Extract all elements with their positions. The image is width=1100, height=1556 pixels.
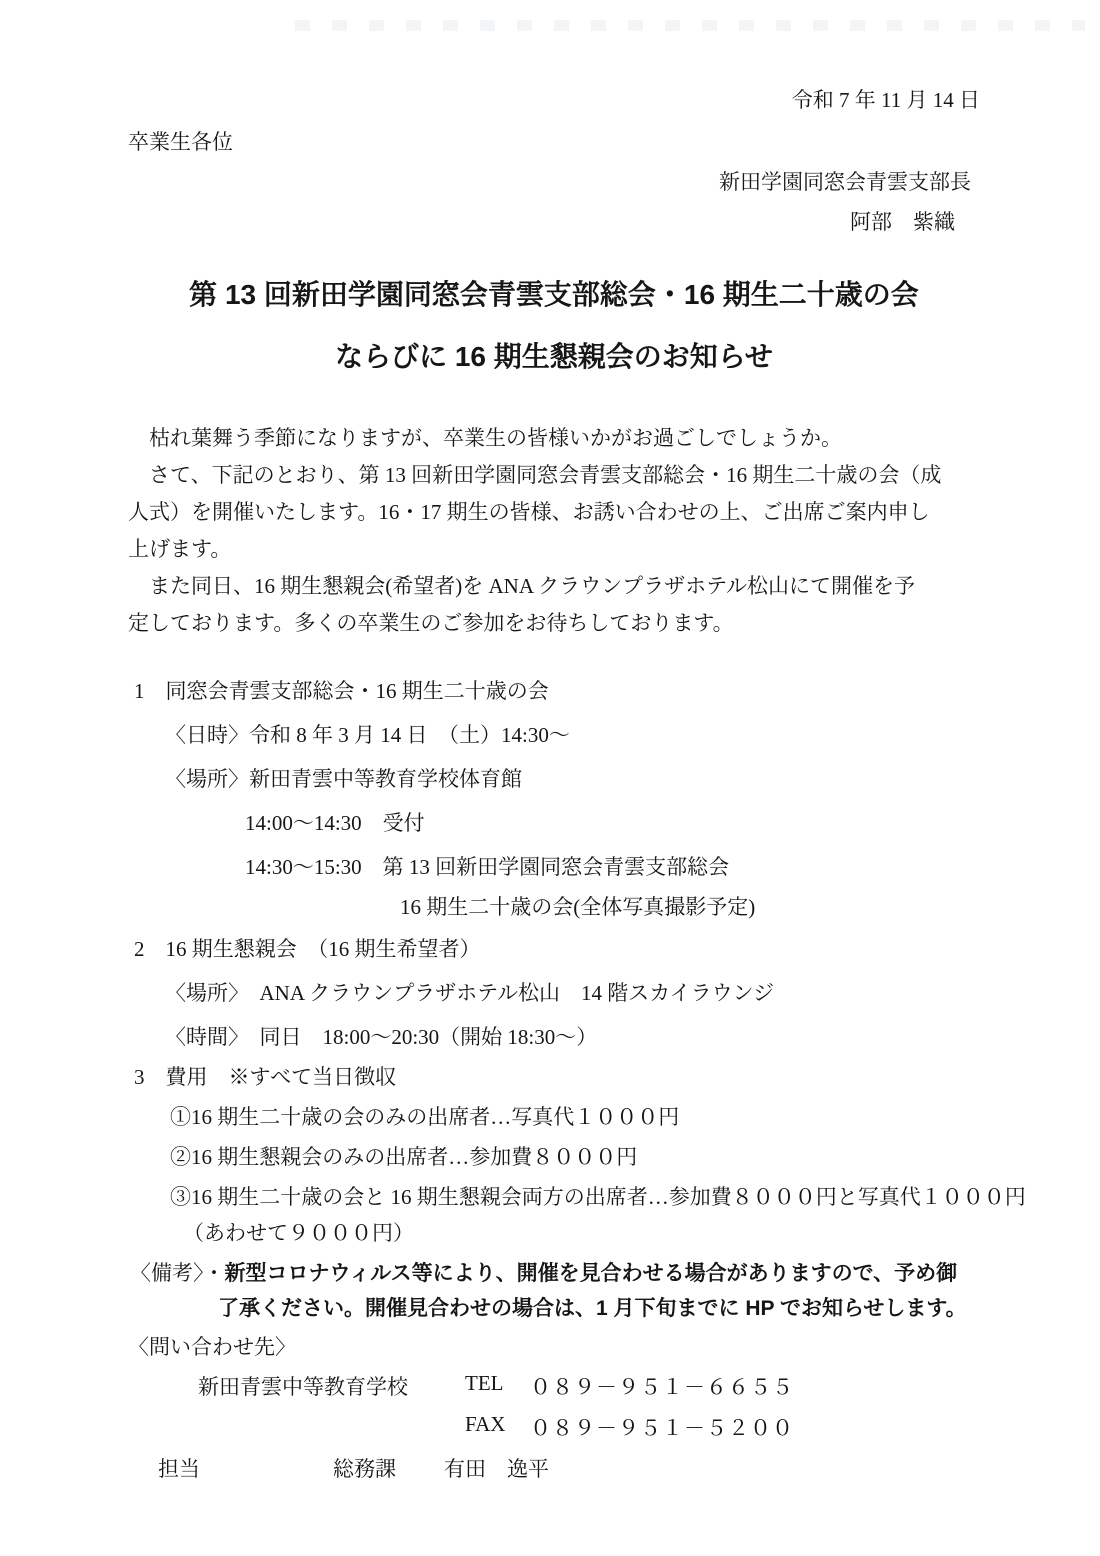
fee-item: ②16 期生懇親会のみの出席者…参加費８０００円	[128, 1142, 980, 1172]
section3-heading: 3 費用 ※すべて当日徴収	[128, 1062, 980, 1092]
intro-line: 定しております。多くの卒業生のご参加をお待ちしております。	[128, 605, 980, 642]
document-title-line2: ならびに 16 期生懇親会のお知らせ	[128, 340, 980, 374]
tel-label: TEL	[465, 1371, 503, 1396]
section1-heading: 1 同窓会青雲支部総会・16 期生二十歳の会	[128, 676, 980, 706]
sender-organization: 新田学園同窓会青雲支部長	[128, 168, 980, 196]
recipient: 卒業生各位	[128, 128, 980, 156]
remarks-line2: 了承ください。開催見合わせの場合は、1 月下旬までに HP でお知らせします。	[128, 1294, 980, 1324]
section2-heading: 2 16 期生懇親会 （16 期生希望者）	[128, 934, 980, 964]
document-content: 令和 7 年 11 月 14 日 卒業生各位 新田学園同窓会青雲支部長 阿部 紫…	[0, 0, 1100, 1485]
intro-line: 枯れ葉舞う季節になりますが、卒業生の皆様いかがお過ごしでしょうか。	[128, 420, 980, 457]
fax-number: ０８９－９５１－５２００	[530, 1412, 794, 1442]
section1-schedule-row: 16 期生二十歳の会(全体写真撮影予定)	[128, 892, 980, 922]
contact-heading: 〈問い合わせ先〉	[128, 1332, 980, 1362]
intro-line: 上げます。	[128, 531, 980, 568]
contact-school-name: 新田青雲中等教育学校	[198, 1371, 408, 1401]
staff-person-name: 有田 逸平	[444, 1453, 549, 1483]
contact-fax-row: FAX ０８９－９５１－５２００	[128, 1412, 980, 1444]
tel-number: ０８９－９５１－６６５５	[530, 1371, 794, 1401]
document-title-line1: 第 13 回新田学園同窓会青雲支部総会・16 期生二十歳の会	[128, 278, 980, 312]
document-page: 令和 7 年 11 月 14 日 卒業生各位 新田学園同窓会青雲支部長 阿部 紫…	[0, 0, 1100, 1556]
faded-header-artifact	[295, 20, 1085, 31]
section1-schedule-row: 14:00～14:30 受付	[128, 808, 980, 838]
intro-line: 人式）を開催いたします。16・17 期生の皆様、お誘い合わせの上、ご出席ご案内申…	[128, 494, 980, 531]
sender-name: 阿部 紫織	[128, 208, 980, 236]
staff-department: 総務課	[333, 1453, 396, 1483]
intro-line: また同日、16 期生懇親会(希望者)を ANA クラウンプラザホテル松山にて開催…	[128, 568, 980, 605]
section2-time: 〈時間〉 同日 18:00～20:30（開始 18:30～）	[128, 1022, 980, 1052]
issue-date: 令和 7 年 11 月 14 日	[128, 0, 980, 114]
contact-tel-row: 新田青雲中等教育学校 TEL ０８９－９５１－６６５５	[128, 1371, 980, 1403]
section2-place: 〈場所〉 ANA クラウンプラザホテル松山 14 階スカイラウンジ	[128, 978, 980, 1008]
fax-label: FAX	[465, 1412, 505, 1437]
remarks-label: 〈備考〉・	[130, 1261, 225, 1285]
section1-datetime: 〈日時〉令和 8 年 3 月 14 日 （土）14:30～	[128, 720, 980, 750]
remarks-line1: 〈備考〉・新型コロナウィルス等により、開催を見合わせる場合がありますので、予め御	[128, 1258, 980, 1289]
intro-line: さて、下記のとおり、第 13 回新田学園同窓会青雲支部総会・16 期生二十歳の会…	[128, 457, 980, 494]
fee-item: ①16 期生二十歳の会のみの出席者…写真代１０００円	[128, 1102, 980, 1132]
section1-schedule-row: 14:30～15:30 第 13 回新田学園同窓会青雲支部総会	[128, 852, 980, 882]
staff-label: 担当	[158, 1453, 200, 1483]
remarks-bold-text1: 新型コロナウィルス等により、開催を見合わせる場合がありますので、予め御	[225, 1262, 958, 1285]
fee-total-note: （あわせて９０００円）	[128, 1218, 980, 1248]
introduction-paragraphs: 枯れ葉舞う季節になりますが、卒業生の皆様いかがお過ごしでしょうか。 さて、下記の…	[128, 420, 980, 642]
fee-item: ③16 期生二十歳の会と 16 期生懇親会両方の出席者…参加費８０００円と写真代…	[128, 1182, 980, 1212]
section1-place: 〈場所〉新田青雲中等教育学校体育館	[128, 764, 980, 794]
contact-staff-row: 担当 総務課 有田 逸平	[128, 1453, 980, 1485]
